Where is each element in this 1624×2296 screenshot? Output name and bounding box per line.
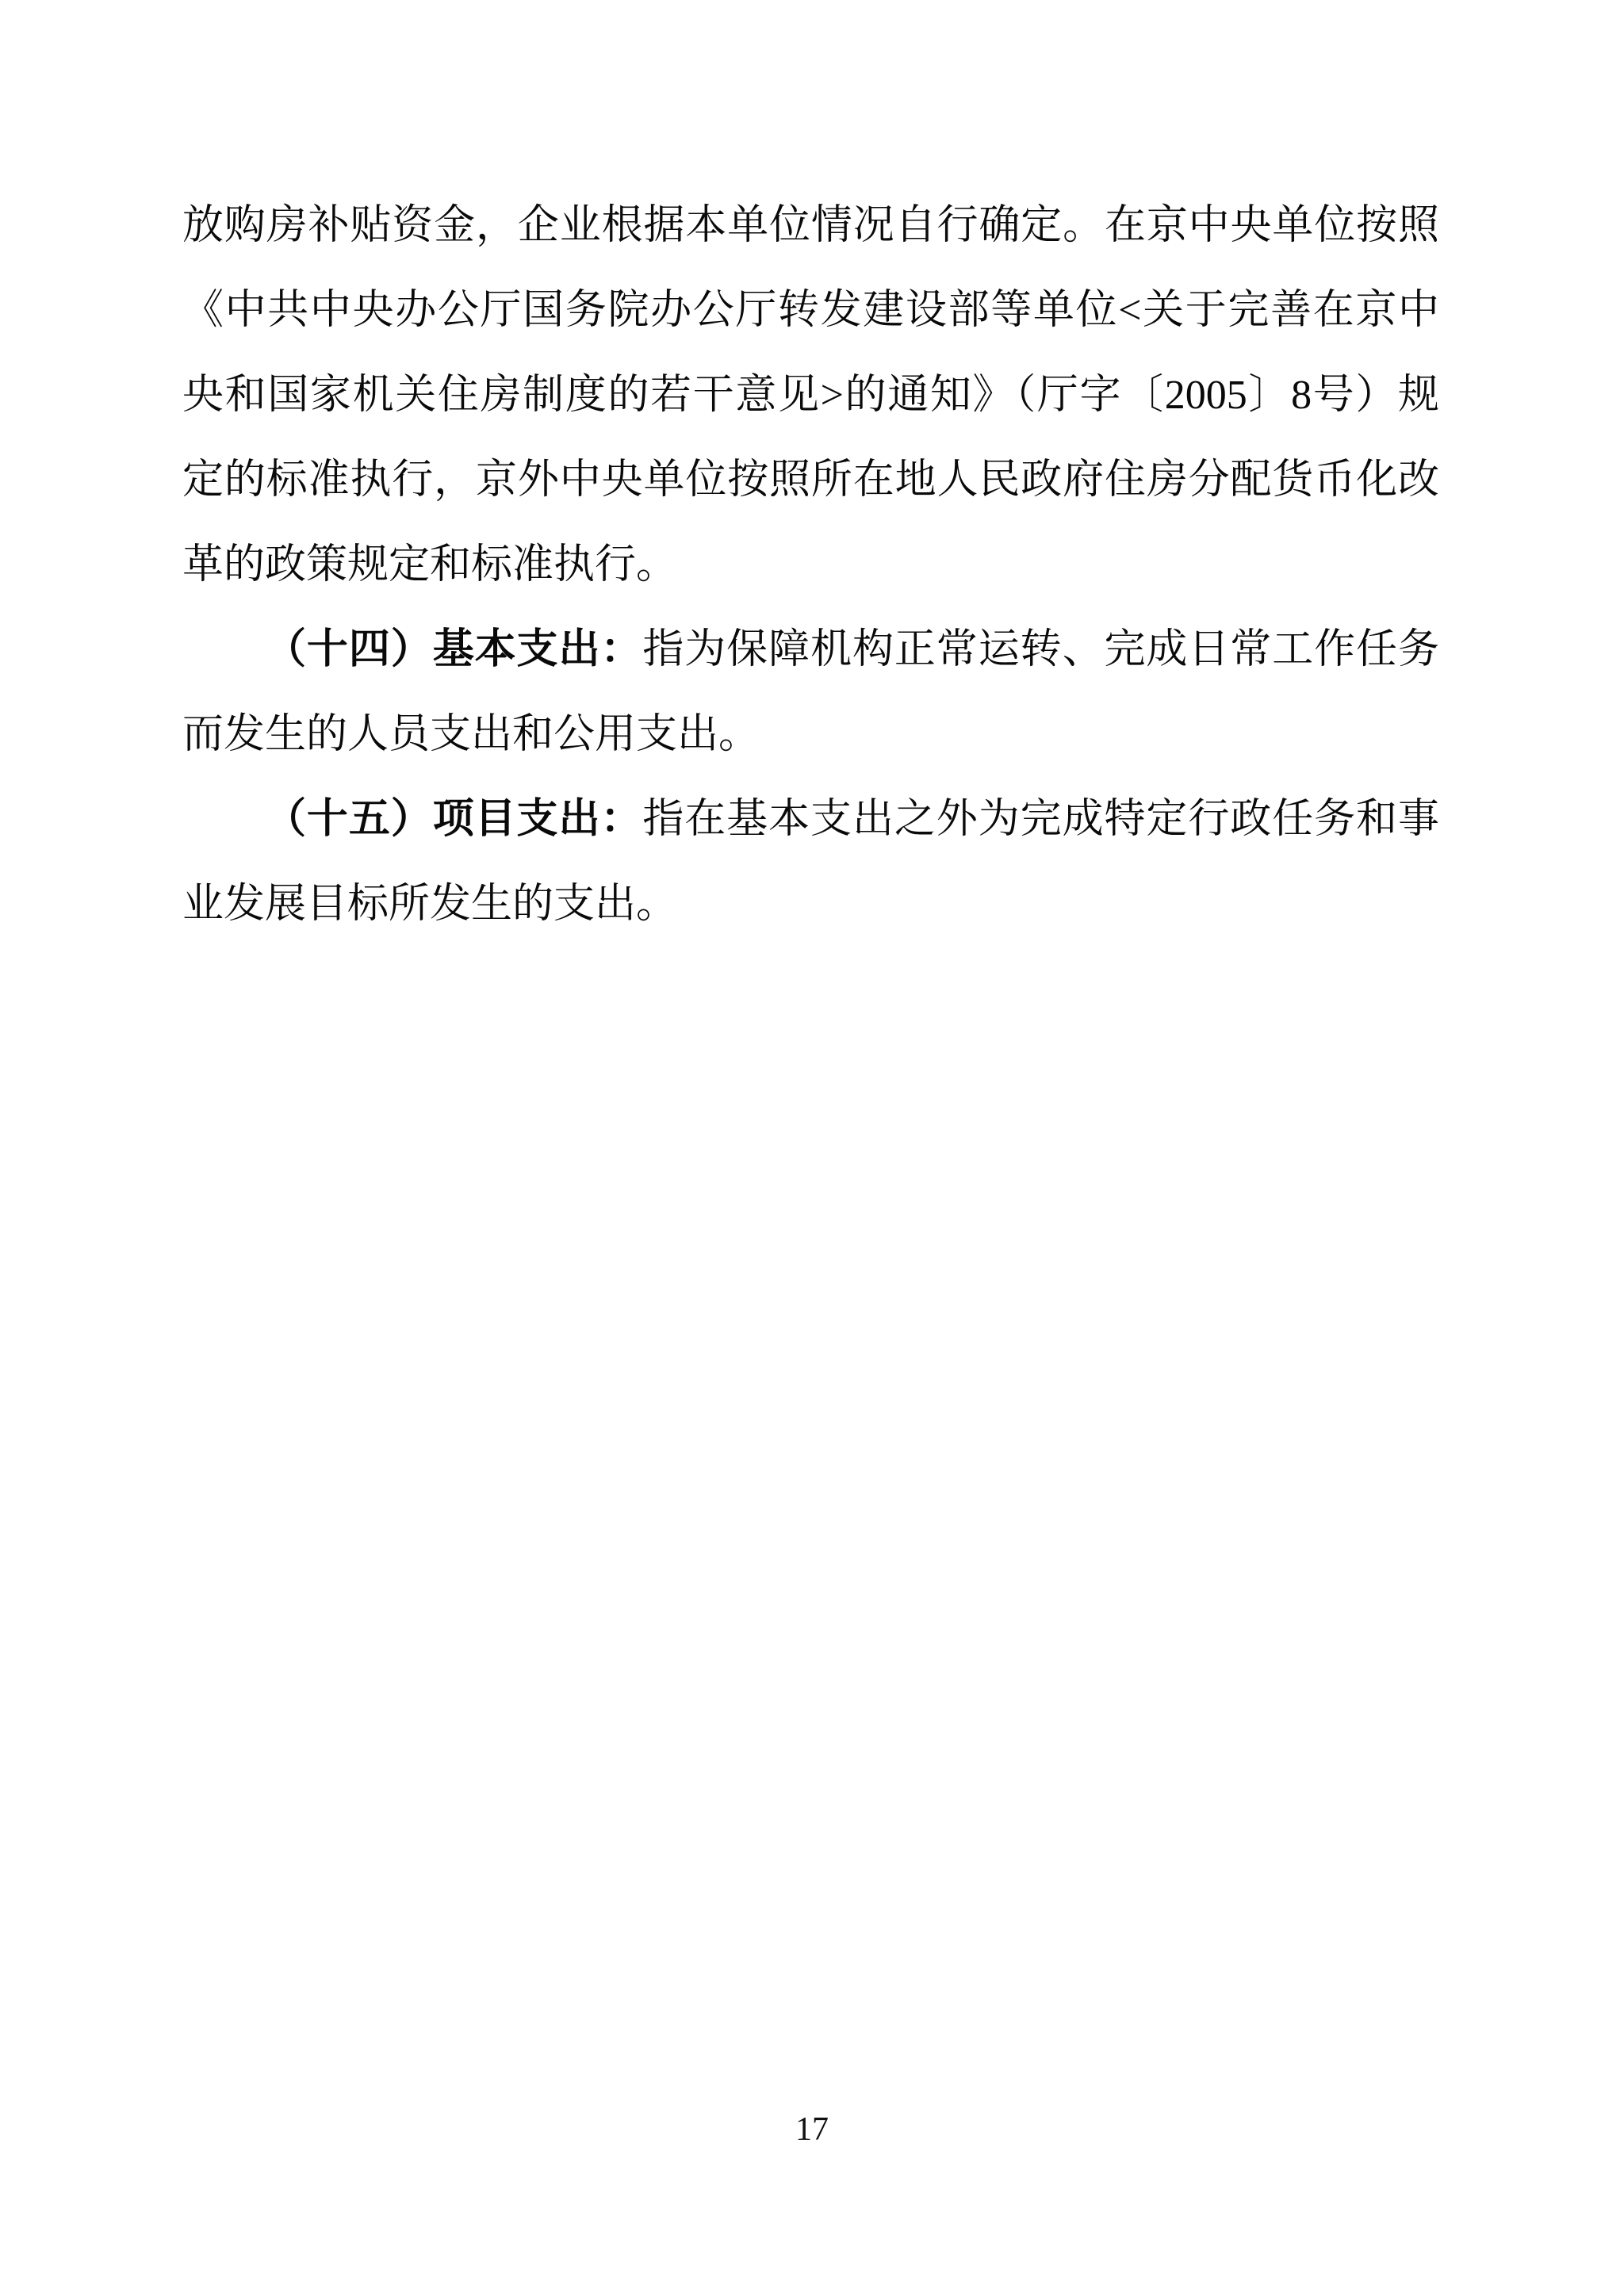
- text-run: 放购房补贴资金，企业根据本单位情况自行确定。在京中央单位按照: [182, 203, 1439, 248]
- text-line: 革的政策规定和标准执行。: [182, 522, 1439, 607]
- text-run: 定的标准执行，京外中央单位按照所在地人民政府住房分配货币化改: [182, 457, 1439, 503]
- text-block: 放购房补贴资金，企业根据本单位情况自行确定。在京中央单位按照《中共中央办公厅国务…: [182, 183, 1439, 947]
- text-line: 而发生的人员支出和公用支出。: [182, 692, 1439, 777]
- text-line: 业发展目标所发生的支出。: [182, 862, 1439, 947]
- text-line: 《中共中央办公厅国务院办公厅转发建设部等单位<关于完善在京中: [182, 268, 1439, 353]
- text-line: 放购房补贴资金，企业根据本单位情况自行确定。在京中央单位按照: [182, 183, 1439, 268]
- text-run: 而发生的人员支出和公用支出。: [182, 712, 760, 757]
- bold-text-run: （十五）项目支出：: [265, 797, 642, 842]
- text-run: 《中共中央办公厅国务院办公厅转发建设部等单位<关于完善在京中: [182, 288, 1439, 333]
- text-line: （十四）基本支出：指为保障机构正常运转、完成日常工作任务: [182, 607, 1439, 692]
- text-line: （十五）项目支出：指在基本支出之外为完成特定行政任务和事: [182, 777, 1439, 862]
- bold-text-run: （十四）基本支出：: [265, 627, 642, 672]
- text-line: 定的标准执行，京外中央单位按照所在地人民政府住房分配货币化改: [182, 438, 1439, 522]
- document-page: 放购房补贴资金，企业根据本单位情况自行确定。在京中央单位按照《中共中央办公厅国务…: [0, 0, 1624, 2296]
- text-run: 指为保障机构正常运转、完成日常工作任务: [642, 627, 1439, 672]
- text-run: 业发展目标所发生的支出。: [182, 882, 677, 927]
- text-run: 指在基本支出之外为完成特定行政任务和事: [642, 797, 1439, 842]
- page-number: 17: [0, 2110, 1624, 2149]
- text-line: 央和国家机关住房制度的若干意见>的通知》（厅字〔2005〕8号）规: [182, 353, 1439, 438]
- text-run: 央和国家机关住房制度的若干意见>的通知》（厅字〔2005〕8号）规: [182, 373, 1439, 418]
- text-run: 革的政策规定和标准执行。: [182, 542, 677, 587]
